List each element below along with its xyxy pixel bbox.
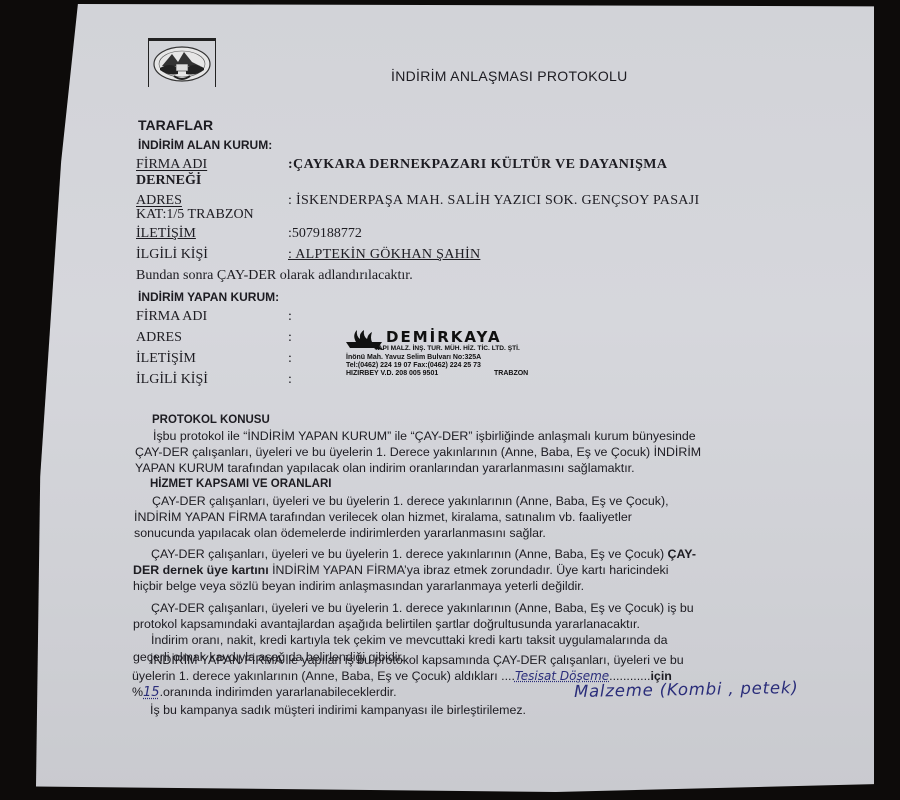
text-line: İNDİRİM YAPAN FİRMA ile yapılan iş bu pr… — [132, 652, 684, 668]
scope-heading: HİZMET KAPSAMI VE ORANLARI — [150, 478, 331, 490]
text-line: ÇAY-DER çalışanları, üyeleri ve bu üyele… — [134, 493, 669, 509]
document-page: İNDİRİM ANLAŞMASI PROTOKOLU TARAFLAR İND… — [36, 4, 874, 792]
text-line: İndirim oranı, nakit, kredi kartıyla tek… — [133, 632, 694, 648]
stamp-line: YAPI MALZ. İNŞ. TUR. MÜH. HİZ. TİC. LTD.… — [374, 345, 520, 352]
text-line: İNDİRİM YAPAN FİRMA’ya ibraz etmek zorun… — [269, 563, 669, 577]
field-value-cont: DERNEĞİ — [136, 173, 201, 189]
text-line: ÇAY-DER çalışanları, üyeleri ve bu üyele… — [135, 444, 701, 460]
handwritten-addition: Malzeme (Kombi , petek) — [574, 678, 799, 701]
field-value: : ALPTEKİN GÖKHAN ŞAHİN — [288, 247, 480, 262]
stamp-line: TRABZON — [494, 370, 528, 377]
field-iletisim: İLETİŞİM:5079188772 — [136, 226, 362, 242]
text-line: İNDİRİM YAPAN FİRMA tarafından verilecek… — [134, 509, 669, 525]
association-emblem-icon — [148, 38, 216, 87]
field-value: : — [288, 372, 292, 387]
stamp-line: İnönü Mah. Yavuz Selim Bulvarı No:325A — [346, 354, 481, 361]
company-stamp: DEMİRKAYA YAPI MALZ. İNŞ. TUR. MÜH. HİZ.… — [344, 328, 542, 380]
field-value: : — [288, 330, 292, 345]
field-firma-adi-blank: FİRMA ADI: — [136, 309, 292, 325]
field-ilgili-kisi: İLGİLİ KİŞİ: ALPTEKİN GÖKHAN ŞAHİN — [136, 247, 480, 263]
percent-sign: % — [132, 685, 143, 699]
field-value-cont: KAT:1/5 TRABZON — [136, 207, 254, 223]
field-label: İLETİŞİM — [136, 226, 288, 242]
text-line: sonucunda yapılacak olan ödemelerde indi… — [134, 525, 669, 541]
field-value: : — [288, 309, 292, 324]
receiving-party-heading: İNDİRİM ALAN KURUM: — [138, 138, 272, 152]
field-label: İLGİLİ KİŞİ — [136, 372, 288, 388]
subject-heading: PROTOKOL KONUSU — [152, 414, 270, 426]
handwritten-discount-rate: 15 — [143, 685, 160, 700]
page-title: İNDİRİM ANLAŞMASI PROTOKOLU — [391, 68, 628, 84]
scope-paragraph-2: ÇAY-DER çalışanları, üyeleri ve bu üyele… — [133, 546, 696, 595]
subject-paragraph: İşbu protokol ile “İNDİRİM YAPAN KURUM” … — [135, 428, 701, 477]
bold-text: DER dernek üye kartını — [133, 563, 269, 577]
text-line: ÇAY-DER çalışanları, üyeleri ve bu üyele… — [133, 600, 694, 616]
field-label: İLGİLİ KİŞİ — [136, 247, 288, 263]
text-line: protokol kapsamındaki avantajlardan aşağ… — [133, 616, 694, 632]
text-line: YAPAN KURUM tarafından yapılacak olan in… — [135, 460, 701, 476]
scope-paragraph-1: ÇAY-DER çalışanları, üyeleri ve bu üyele… — [134, 493, 669, 542]
giving-party-heading: İNDİRİM YAPAN KURUM: — [138, 290, 279, 304]
text-line: ÇAY-DER çalışanları, üyeleri ve bu üyele… — [151, 547, 668, 561]
field-label: FİRMA ADI — [136, 157, 288, 173]
text-line: üyelerin 1. derece yakınlarının (Anne, B… — [132, 669, 515, 683]
designation-note: Bundan sonra ÇAY-DER olarak adlandırılac… — [136, 268, 413, 284]
field-label: İLETİŞİM — [136, 351, 288, 367]
field-value: : — [288, 351, 292, 366]
field-value: : İSKENDERPAŞA MAH. SALİH YAZICI SOK. GE… — [288, 193, 699, 208]
stamp-line: HIZIRBEY V.D. 208 005 9501 — [346, 370, 438, 377]
field-label: FİRMA ADI — [136, 309, 288, 325]
stamp-line: Tel:(0462) 224 19 07 Fax:(0462) 224 25 7… — [346, 362, 481, 369]
bold-text: ÇAY- — [668, 547, 696, 561]
parties-heading: TARAFLAR — [138, 117, 213, 133]
text-line: .oranında indirimden yararlanabilecekler… — [160, 685, 397, 699]
field-value: :5079188772 — [288, 226, 362, 241]
stamp-brand: DEMİRKAYA — [386, 328, 502, 346]
text-line: hiçbir belge veya sözlü beyan indirim an… — [133, 578, 696, 594]
text-line: İş bu kampanya sadık müşteri indirimi ka… — [132, 702, 684, 718]
field-iletisim-blank: İLETİŞİM: — [136, 351, 292, 367]
field-ilgili-kisi-blank: İLGİLİ KİŞİ: — [136, 372, 292, 388]
text-line: İşbu protokol ile “İNDİRİM YAPAN KURUM” … — [135, 428, 701, 444]
field-adres-blank: ADRES: — [136, 330, 292, 346]
field-value: :ÇAYKARA DERNEKPAZARI KÜLTÜR VE DAYANIŞM… — [288, 157, 667, 172]
field-firma-adi: FİRMA ADI:ÇAYKARA DERNEKPAZARI KÜLTÜR VE… — [136, 157, 667, 173]
field-label: ADRES — [136, 330, 288, 346]
